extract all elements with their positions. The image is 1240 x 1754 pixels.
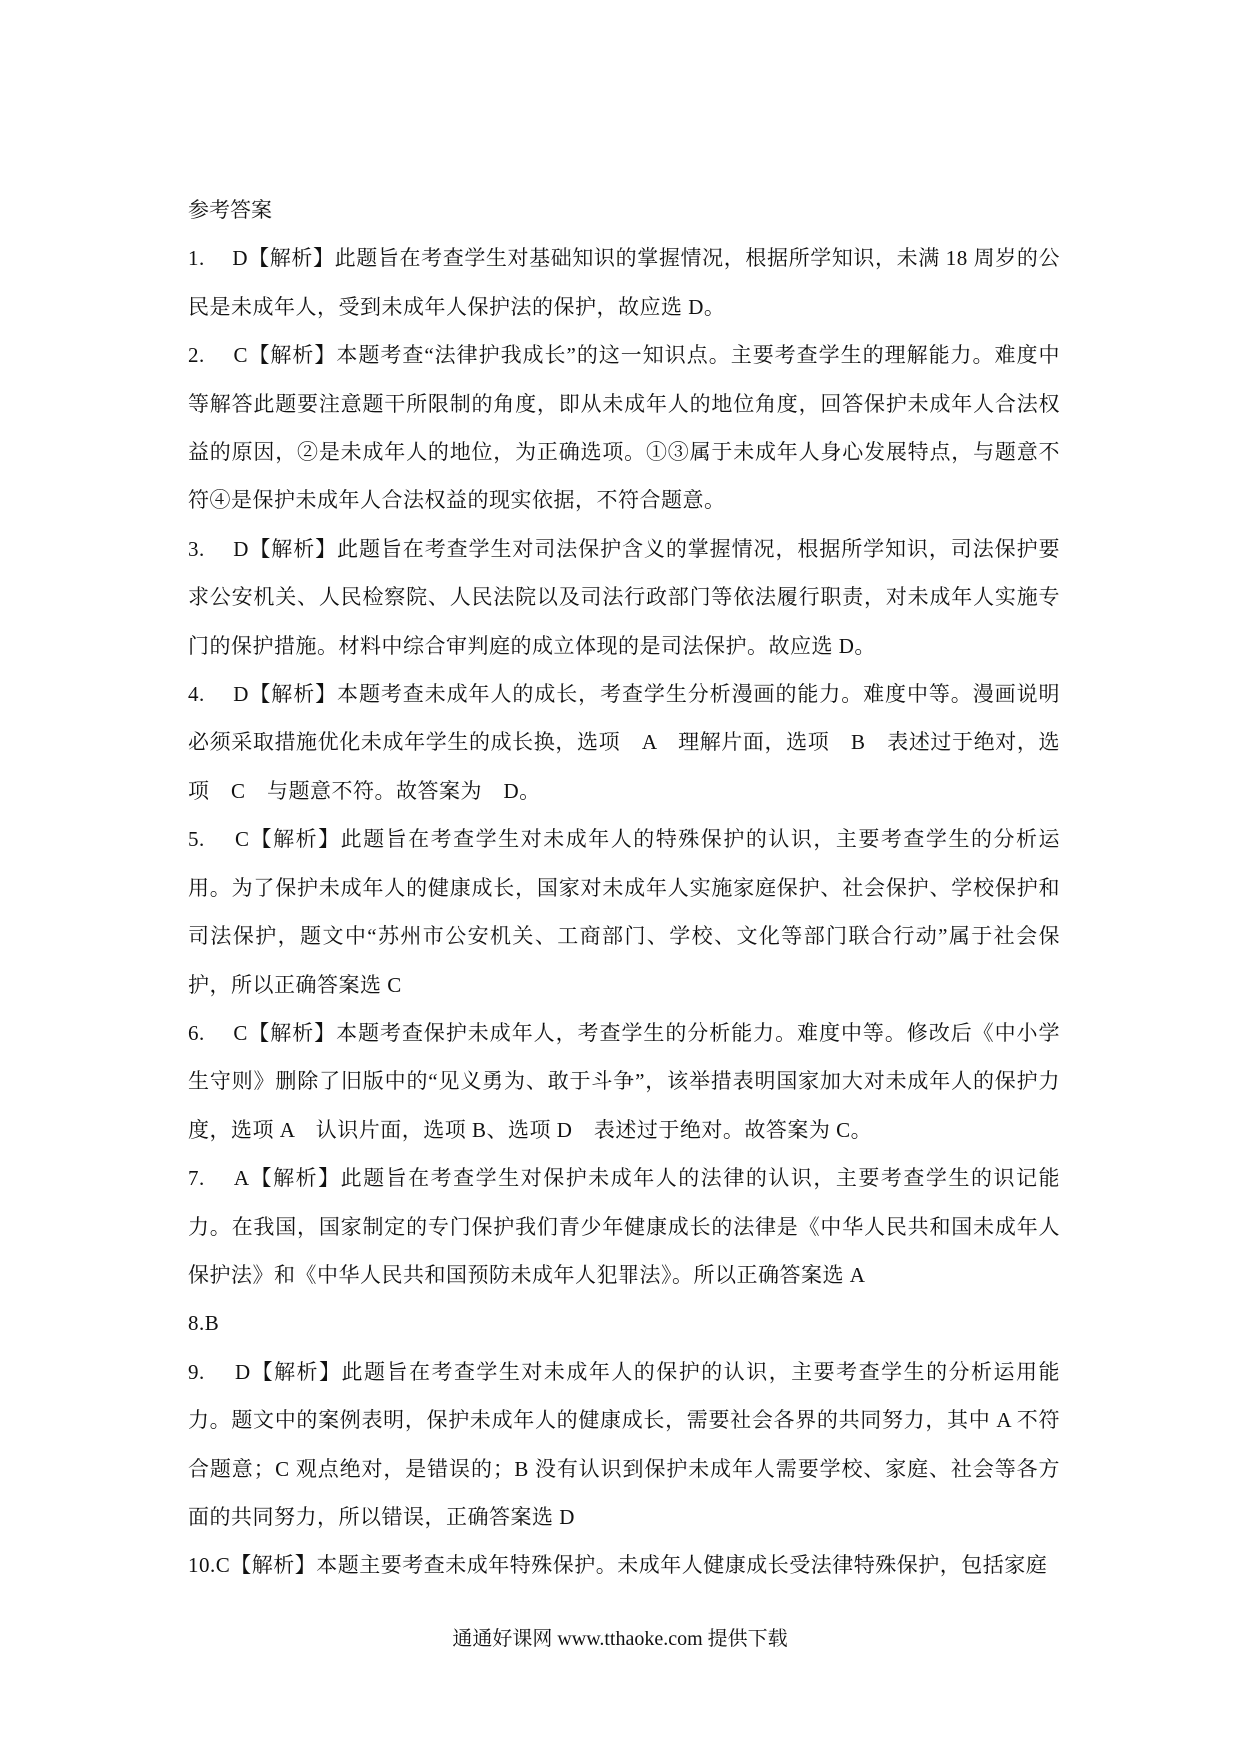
- answer-item-1: 1. D【解析】此题旨在考查学生对基础知识的掌握情况，根据所学知识，未满 18 …: [188, 234, 1060, 331]
- page-title: 参考答案: [188, 186, 1060, 234]
- document-page: 参考答案 1. D【解析】此题旨在考查学生对基础知识的掌握情况，根据所学知识，未…: [0, 0, 1240, 1754]
- footer-watermark: 通通好课网 www.tthaoke.com 提供下载: [0, 1622, 1240, 1651]
- answer-item-5: 5. C【解析】此题旨在考查学生对未成年人的特殊保护的认识，主要考查学生的分析运…: [188, 815, 1060, 1009]
- answer-item-3: 3. D【解析】此题旨在考查学生对司法保护含义的掌握情况，根据所学知识，司法保护…: [188, 525, 1060, 670]
- answer-item-6: 6. C【解析】本题考查保护未成年人，考查学生的分析能力。难度中等。修改后《中小…: [188, 1009, 1060, 1154]
- answer-item-10: 10.C【解析】本题主要考查未成年特殊保护。未成年人健康成长受法律特殊保护，包括…: [188, 1541, 1060, 1589]
- answer-item-9: 9. D【解析】此题旨在考查学生对未成年人的保护的认识，主要考查学生的分析运用能…: [188, 1348, 1060, 1542]
- answer-key-content: 参考答案 1. D【解析】此题旨在考查学生对基础知识的掌握情况，根据所学知识，未…: [188, 186, 1060, 1590]
- answer-item-8: 8.B: [188, 1299, 1060, 1347]
- answer-item-7: 7. A【解析】此题旨在考查学生对保护未成年人的法律的认识，主要考查学生的识记能…: [188, 1154, 1060, 1299]
- answer-item-4: 4. D【解析】本题考查未成年人的成长，考查学生分析漫画的能力。难度中等。漫画说…: [188, 670, 1060, 815]
- answer-item-2: 2. C【解析】本题考查“法律护我成长”的这一知识点。主要考查学生的理解能力。难…: [188, 331, 1060, 525]
